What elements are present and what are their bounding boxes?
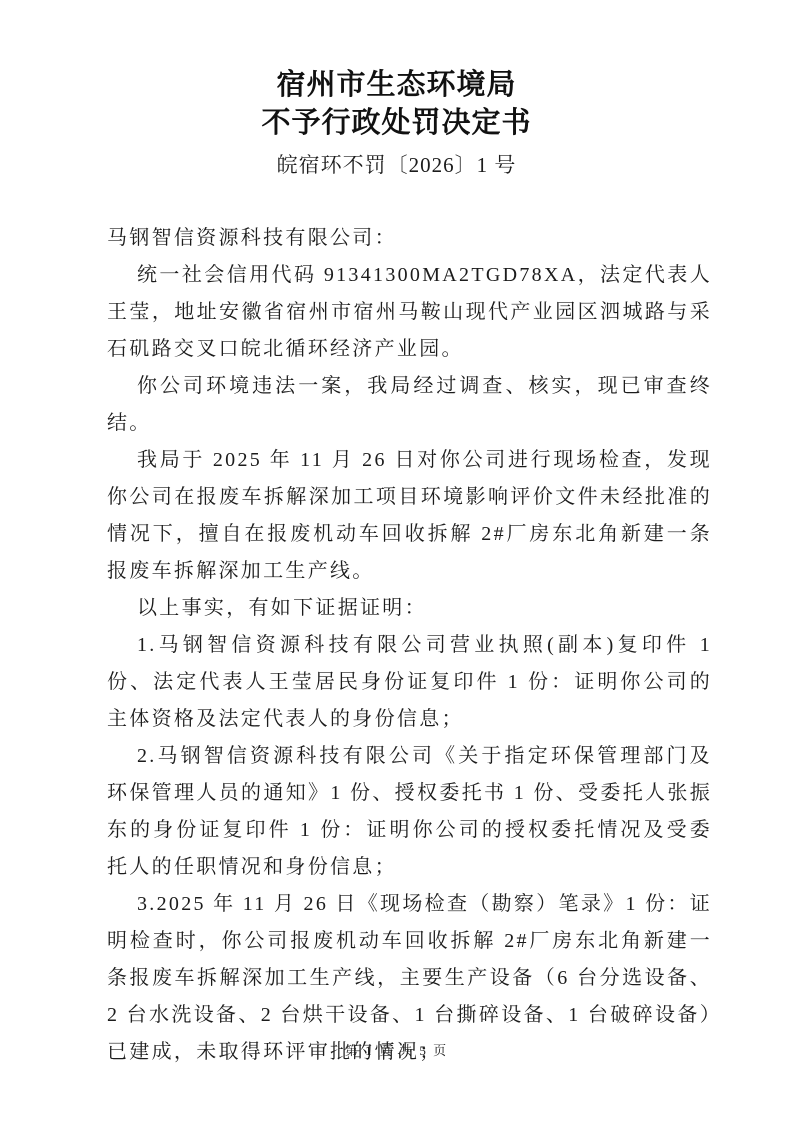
- title-line-1: 宿州市生态环境局: [0, 66, 793, 104]
- paragraph-evidence-intro: 以上事实，有如下证据证明：: [107, 590, 712, 627]
- paragraph-inspection-findings: 我局于 2025 年 11 月 26 日对你公司进行现场检查，发现你公司在报废车…: [107, 442, 712, 590]
- document-title: 宿州市生态环境局 不予行政处罚决定书: [0, 66, 793, 142]
- title-line-2: 不予行政处罚决定书: [0, 104, 793, 142]
- page-number-indicator: 第 1 页 共 5 页: [345, 1043, 448, 1058]
- paragraph-evidence-1: 1.马钢智信资源科技有限公司营业执照(副本)复印件 1 份、法定代表人王莹居民身…: [107, 627, 712, 738]
- document-header: 宿州市生态环境局 不予行政处罚决定书 皖宿环不罚〔2026〕1 号: [0, 66, 793, 178]
- page-footer: 第 1 页 共 5 页: [0, 1043, 793, 1058]
- recipient-line: 马钢智信资源科技有限公司：: [107, 220, 712, 257]
- document-page: 宿州市生态环境局 不予行政处罚决定书 皖宿环不罚〔2026〕1 号 马钢智信资源…: [0, 0, 793, 1122]
- document-number: 皖宿环不罚〔2026〕1 号: [0, 152, 793, 178]
- document-body: 马钢智信资源科技有限公司： 统一社会信用代码 91341300MA2TGD78X…: [107, 220, 712, 1071]
- paragraph-evidence-2: 2.马钢智信资源科技有限公司《关于指定环保管理部门及环保管理人员的通知》1 份、…: [107, 738, 712, 886]
- paragraph-credit-code: 统一社会信用代码 91341300MA2TGD78XA，法定代表人王莹，地址安徽…: [107, 257, 712, 368]
- paragraph-case-summary: 你公司环境违法一案，我局经过调查、核实，现已审查终结。: [107, 368, 712, 442]
